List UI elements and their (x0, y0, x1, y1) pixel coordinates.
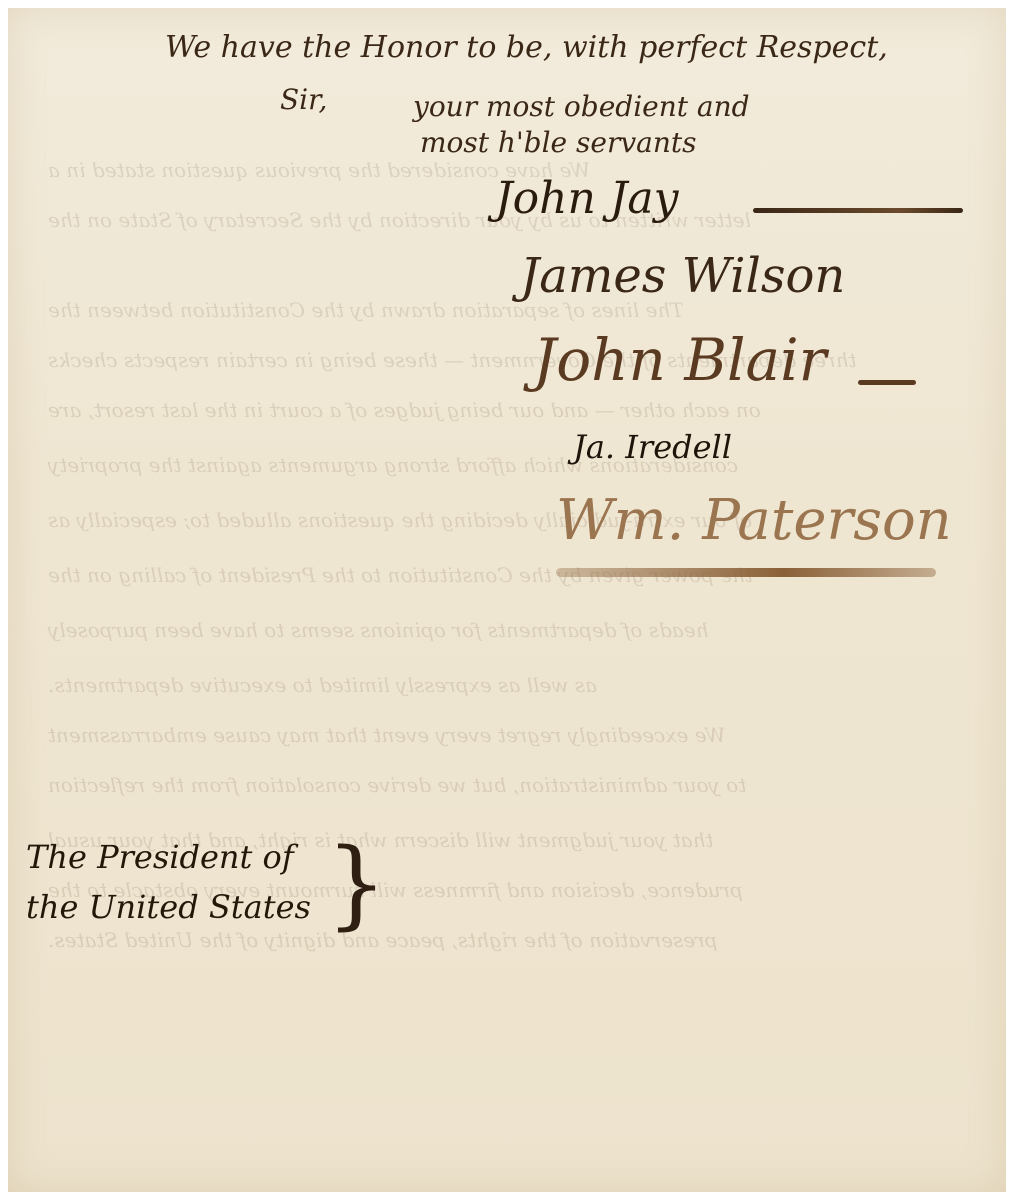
signature-ja-iredell: Ja. Iredell (573, 428, 732, 466)
signature-flourish (753, 208, 963, 213)
addressee-line-1: The President of (26, 838, 294, 876)
closing-line-2: your most obedient and (413, 90, 750, 123)
signature-john-jay: John Jay (495, 173, 679, 224)
signature-wm-paterson: Wm. Paterson (556, 488, 952, 553)
closing-line-3: most h'ble servants (420, 126, 697, 159)
manuscript-page: We have considered the previous question… (8, 8, 1006, 1192)
signature-flourish (858, 380, 916, 385)
signature-james-wilson: James Wilson (520, 248, 845, 304)
signature-flourish (556, 568, 936, 577)
addressee-line-2: the United States (26, 888, 311, 926)
closing-line-1: We have the Honor to be, with perfect Re… (165, 30, 888, 65)
salutation: Sir, (280, 83, 327, 116)
signature-john-blair: John Blair (533, 326, 826, 394)
brace-mark: } (326, 836, 387, 932)
